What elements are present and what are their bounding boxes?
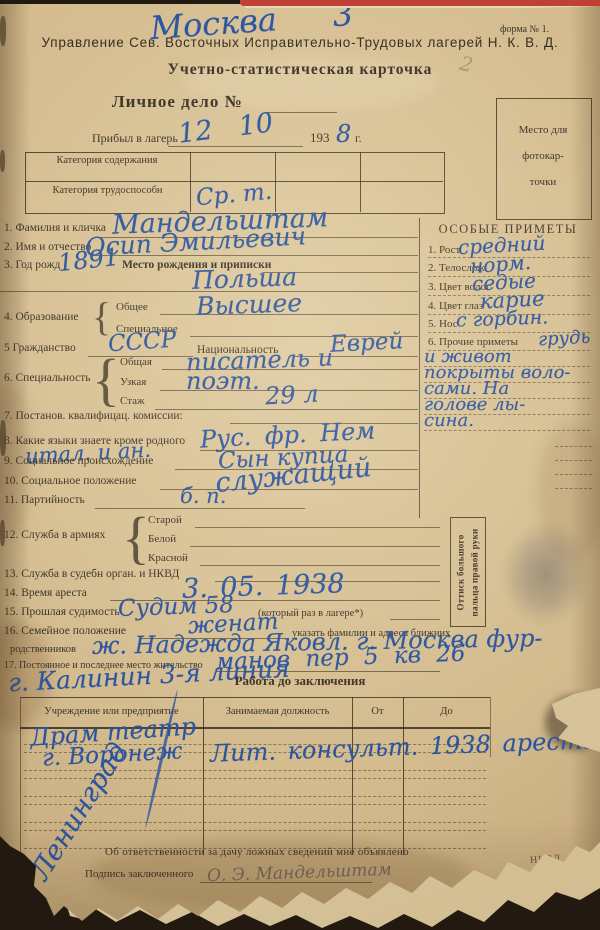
arrived-label: Прибыл в лагерь	[92, 131, 178, 146]
underline	[390, 619, 440, 620]
mark-1-label: 1. Рост	[428, 244, 460, 256]
field-3-year: 1891	[57, 243, 121, 277]
year-handwritten: 8	[336, 120, 351, 148]
underline	[195, 527, 440, 528]
responsibility-statement: Об ответственности за дачу ложных сведен…	[105, 846, 409, 858]
column-divider	[419, 218, 420, 518]
field-11-label: 11. Партийность	[4, 494, 85, 506]
field-5-label: 5 Гражданство	[4, 342, 76, 354]
rule	[555, 460, 592, 461]
field-12-sub1: Старой	[148, 514, 182, 526]
field-13-label: 13. Служба в судебн орган. и НКВД	[4, 568, 179, 580]
underline	[190, 546, 440, 547]
underline	[168, 146, 303, 147]
rule	[24, 822, 486, 823]
mark-6-line: грудь	[537, 327, 590, 351]
rule	[555, 474, 592, 475]
year-suffix: г.	[355, 131, 362, 146]
fingerprint-label-box: Оттиск большого пальца правой руки	[450, 517, 486, 627]
backdrop-red-corner	[540, 0, 600, 6]
field-6-sub1: Общая	[120, 356, 152, 368]
table-line	[275, 152, 276, 212]
table-line	[403, 697, 404, 855]
category-row1-label: Категория содержания	[47, 155, 167, 167]
brace: {	[122, 504, 150, 571]
mark-5-label: 5. Нос	[428, 318, 458, 330]
photo-box-text: Место для	[498, 124, 588, 136]
field-12-sub3: Красной	[148, 552, 188, 564]
field-14-label: 14. Время ареста	[4, 587, 87, 599]
signature-label: Подпись заключенного	[85, 868, 193, 880]
fingerprint-smudge	[495, 515, 598, 632]
field-5-nationality: Еврей	[329, 328, 404, 358]
field-12-label: 12. Служба в армиях	[4, 529, 105, 541]
work-col-from: От	[352, 706, 403, 717]
scanned-prison-card: { "header": { "annotation": "Москва 3", …	[0, 0, 600, 930]
card-title: Учетно-статистическая карточка	[140, 61, 460, 79]
field-6-value2: поэт.	[186, 367, 260, 395]
work-title: Работа до заключения	[200, 673, 400, 689]
rule	[555, 488, 592, 489]
table-line	[360, 152, 361, 212]
arrived-date-handwritten: 12 10	[176, 107, 274, 149]
card-paper: Москва 3 2 форма № 1. Управление Сев. Во…	[0, 0, 600, 930]
table-line	[352, 697, 353, 855]
year-printed: 193	[310, 130, 330, 146]
table-line	[20, 697, 490, 698]
brace: {	[92, 346, 120, 413]
field-10-label: 10. Социальное положение	[4, 475, 136, 487]
personal-file-label: Личное дело №	[112, 92, 243, 112]
underline	[200, 565, 440, 566]
field-4-label: 4. Образование	[4, 311, 79, 323]
rule	[424, 430, 590, 431]
field-16-note2: родственников	[10, 644, 76, 655]
form-number: форма № 1.	[500, 24, 549, 35]
administration-title: Управление Сев. Восточных Исправительно-…	[18, 35, 582, 50]
binding-mark	[0, 16, 6, 46]
field-12-sub2: Белой	[148, 533, 176, 545]
photo-box-text: фотокар-	[498, 150, 588, 162]
field-15-label: 15. Прошлая судимость	[4, 606, 120, 618]
field-6-sub2: Узкая	[120, 376, 146, 388]
fingerprint-label: Оттиск большого пальца правой руки	[455, 528, 482, 616]
field-4-value1: Высшее	[196, 288, 303, 321]
table-line	[190, 152, 191, 212]
table-line	[203, 697, 204, 855]
field-11-value: б. п.	[180, 484, 226, 508]
field-7-label: 7. Постанов. квалифицац. комиссии:	[4, 410, 183, 422]
work-col-to: До	[403, 706, 490, 717]
photo-box-text: точки	[498, 176, 588, 188]
field-6-value3: 29 л	[264, 380, 319, 411]
rule	[24, 830, 486, 831]
field-6-label: 6. Специальность	[4, 372, 91, 384]
mark-6-line: сина.	[424, 410, 474, 431]
field-3-label: 3. Год рожд	[4, 259, 60, 271]
pencil-mark: 2	[457, 51, 475, 77]
field-6-sub3: Стаж	[120, 395, 145, 407]
mark-5-value: с горбин.	[456, 306, 549, 331]
field-4-sub1: Общее	[116, 301, 148, 313]
underline	[265, 112, 337, 113]
work-col-pos: Занимаемая должность	[203, 706, 352, 717]
rule	[555, 446, 592, 447]
field-9-label: 9. Социальное происхождение	[4, 455, 153, 467]
binding-mark	[0, 150, 5, 172]
category-row2-label: Категория трудоспособн	[40, 185, 175, 197]
table-line	[20, 697, 21, 855]
